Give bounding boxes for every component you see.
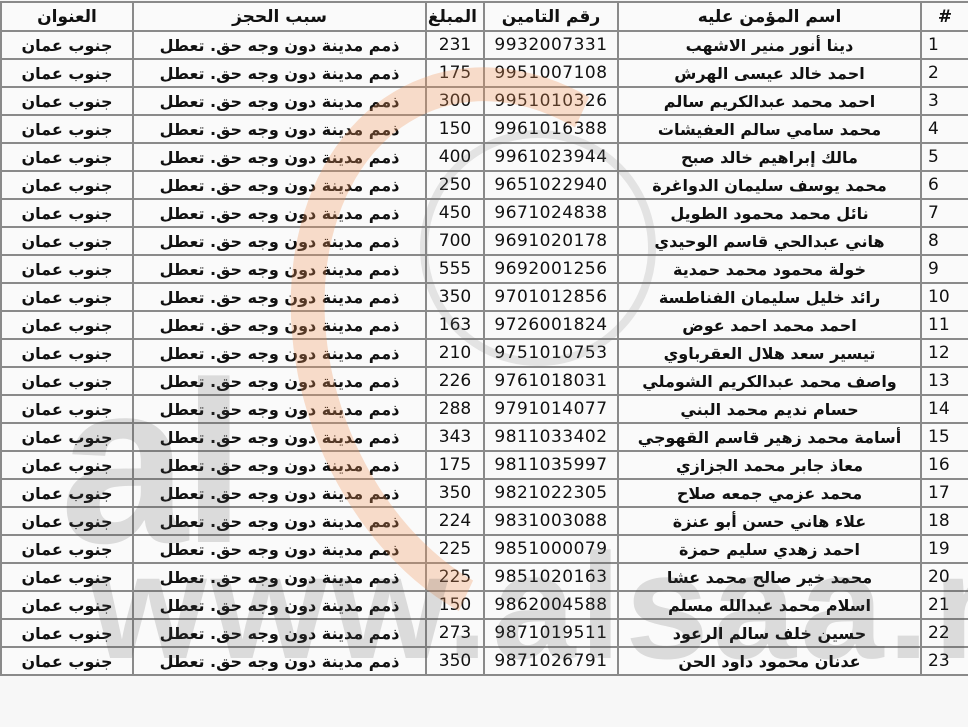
table-row: جنوب عمانذمم مدينة دون وجه حق. تعطل70096…	[1, 227, 968, 255]
table-row: جنوب عمانذمم مدينة دون وجه حق. تعطل15098…	[1, 591, 968, 619]
cell-insured-name: محمد يوسف سليمان الدواغرة	[618, 171, 921, 199]
cell-index: 7	[921, 199, 968, 227]
cell-insured-name: حسين خلف سالم الرعود	[618, 619, 921, 647]
table-row: جنوب عمانذمم مدينة دون وجه حق. تعطل34398…	[1, 423, 968, 451]
cell-reason: ذمم مدينة دون وجه حق. تعطل	[133, 227, 426, 255]
cell-index: 13	[921, 367, 968, 395]
cell-address: جنوب عمان	[1, 367, 133, 395]
cell-insurance-number: 9651022940	[484, 171, 618, 199]
table-row: جنوب عمانذمم مدينة دون وجه حق. تعطل27398…	[1, 619, 968, 647]
cell-amount: 163	[426, 311, 484, 339]
table-row: جنوب عمانذمم مدينة دون وجه حق. تعطل55596…	[1, 255, 968, 283]
cell-insured-name: تيسير سعد هلال العقرباوي	[618, 339, 921, 367]
cell-insured-name: دينا أنور منير الاشهب	[618, 31, 921, 59]
cell-insured-name: احمد خالد عيسى الهرش	[618, 59, 921, 87]
cell-address: جنوب عمان	[1, 395, 133, 423]
cell-amount: 700	[426, 227, 484, 255]
table-row: جنوب عمانذمم مدينة دون وجه حق. تعطل35098…	[1, 479, 968, 507]
cell-insured-name: حسام نديم محمد البني	[618, 395, 921, 423]
cell-insured-name: احمد محمد عبدالكريم سالم	[618, 87, 921, 115]
cell-index: 3	[921, 87, 968, 115]
header-row: العنوان سبب الحجز المبلغ رقم التامين اسم…	[1, 2, 968, 31]
cell-reason: ذمم مدينة دون وجه حق. تعطل	[133, 115, 426, 143]
cell-insurance-number: 9951010326	[484, 87, 618, 115]
cell-insured-name: نائل محمد محمود الطويل	[618, 199, 921, 227]
header-address: العنوان	[1, 2, 133, 31]
table-row: جنوب عمانذمم مدينة دون وجه حق. تعطل22598…	[1, 535, 968, 563]
cell-reason: ذمم مدينة دون وجه حق. تعطل	[133, 31, 426, 59]
table-row: جنوب عمانذمم مدينة دون وجه حق. تعطل40099…	[1, 143, 968, 171]
cell-index: 5	[921, 143, 968, 171]
cell-address: جنوب عمان	[1, 115, 133, 143]
cell-amount: 225	[426, 563, 484, 591]
cell-reason: ذمم مدينة دون وجه حق. تعطل	[133, 143, 426, 171]
cell-insured-name: محمد خير صالح محمد عشا	[618, 563, 921, 591]
header-insured-name: اسم المؤمن عليه	[618, 2, 921, 31]
cell-insurance-number: 9751010753	[484, 339, 618, 367]
cell-address: جنوب عمان	[1, 227, 133, 255]
cell-index: 19	[921, 535, 968, 563]
cell-amount: 231	[426, 31, 484, 59]
cell-amount: 450	[426, 199, 484, 227]
cell-reason: ذمم مدينة دون وجه حق. تعطل	[133, 199, 426, 227]
cell-insurance-number: 9862004588	[484, 591, 618, 619]
cell-amount: 250	[426, 171, 484, 199]
cell-amount: 555	[426, 255, 484, 283]
cell-insurance-number: 9692001256	[484, 255, 618, 283]
cell-insured-name: معاذ جابر محمد الجزازي	[618, 451, 921, 479]
cell-reason: ذمم مدينة دون وجه حق. تعطل	[133, 451, 426, 479]
cell-insured-name: هاني عبدالحي قاسم الوحيدي	[618, 227, 921, 255]
cell-reason: ذمم مدينة دون وجه حق. تعطل	[133, 59, 426, 87]
cell-reason: ذمم مدينة دون وجه حق. تعطل	[133, 619, 426, 647]
cell-index: 6	[921, 171, 968, 199]
cell-insured-name: علاء هاني حسن أبو عنزة	[618, 507, 921, 535]
table-row: جنوب عمانذمم مدينة دون وجه حق. تعطل25096…	[1, 171, 968, 199]
cell-insurance-number: 9932007331	[484, 31, 618, 59]
cell-reason: ذمم مدينة دون وجه حق. تعطل	[133, 507, 426, 535]
cell-amount: 350	[426, 647, 484, 675]
table-row: جنوب عمانذمم مدينة دون وجه حق. تعطل35098…	[1, 647, 968, 675]
cell-reason: ذمم مدينة دون وجه حق. تعطل	[133, 283, 426, 311]
cell-insured-name: احمد محمد احمد عوض	[618, 311, 921, 339]
cell-insurance-number: 9811033402	[484, 423, 618, 451]
cell-address: جنوب عمان	[1, 255, 133, 283]
cell-insurance-number: 9871019511	[484, 619, 618, 647]
table-row: جنوب عمانذمم مدينة دون وجه حق. تعطل16397…	[1, 311, 968, 339]
cell-insurance-number: 9691020178	[484, 227, 618, 255]
cell-address: جنوب عمان	[1, 31, 133, 59]
cell-reason: ذمم مدينة دون وجه حق. تعطل	[133, 591, 426, 619]
cell-address: جنوب عمان	[1, 451, 133, 479]
cell-amount: 175	[426, 451, 484, 479]
cell-address: جنوب عمان	[1, 87, 133, 115]
document-sheet: العنوان سبب الحجز المبلغ رقم التامين اسم…	[0, 0, 968, 727]
cell-address: جنوب عمان	[1, 423, 133, 451]
cell-index: 10	[921, 283, 968, 311]
cell-address: جنوب عمان	[1, 591, 133, 619]
cell-index: 22	[921, 619, 968, 647]
cell-address: جنوب عمان	[1, 619, 133, 647]
cell-insured-name: عدنان محمود داود الحن	[618, 647, 921, 675]
cell-amount: 273	[426, 619, 484, 647]
cell-amount: 150	[426, 115, 484, 143]
cell-insurance-number: 9791014077	[484, 395, 618, 423]
cell-amount: 350	[426, 283, 484, 311]
table-row: جنوب عمانذمم مدينة دون وجه حق. تعطل30099…	[1, 87, 968, 115]
cell-address: جنوب عمان	[1, 171, 133, 199]
cell-address: جنوب عمان	[1, 283, 133, 311]
cell-reason: ذمم مدينة دون وجه حق. تعطل	[133, 171, 426, 199]
table-row: جنوب عمانذمم مدينة دون وجه حق. تعطل45096…	[1, 199, 968, 227]
cell-insured-name: احمد زهدي سليم حمزة	[618, 535, 921, 563]
table-row: جنوب عمانذمم مدينة دون وجه حق. تعطل22697…	[1, 367, 968, 395]
cell-insurance-number: 9951007108	[484, 59, 618, 87]
cell-index: 15	[921, 423, 968, 451]
cell-index: 23	[921, 647, 968, 675]
cell-insurance-number: 9851000079	[484, 535, 618, 563]
cell-address: جنوب عمان	[1, 59, 133, 87]
cell-amount: 300	[426, 87, 484, 115]
cell-insurance-number: 9671024838	[484, 199, 618, 227]
table-body: جنوب عمانذمم مدينة دون وجه حق. تعطل23199…	[1, 31, 968, 675]
cell-index: 9	[921, 255, 968, 283]
cell-insurance-number: 9726001824	[484, 311, 618, 339]
header-reason: سبب الحجز	[133, 2, 426, 31]
cell-amount: 288	[426, 395, 484, 423]
cell-insurance-number: 9821022305	[484, 479, 618, 507]
cell-insurance-number: 9831003088	[484, 507, 618, 535]
cell-insured-name: خولة محمود محمد حمدية	[618, 255, 921, 283]
cell-index: 14	[921, 395, 968, 423]
cell-reason: ذمم مدينة دون وجه حق. تعطل	[133, 535, 426, 563]
cell-insurance-number: 9961016388	[484, 115, 618, 143]
cell-address: جنوب عمان	[1, 563, 133, 591]
table-row: جنوب عمانذمم مدينة دون وجه حق. تعطل22498…	[1, 507, 968, 535]
cell-insurance-number: 9851020163	[484, 563, 618, 591]
cell-index: 4	[921, 115, 968, 143]
seizure-list-table: العنوان سبب الحجز المبلغ رقم التامين اسم…	[0, 1, 968, 676]
cell-index: 17	[921, 479, 968, 507]
cell-insurance-number: 9961023944	[484, 143, 618, 171]
header-amount: المبلغ	[426, 2, 484, 31]
table-row: جنوب عمانذمم مدينة دون وجه حق. تعطل23199…	[1, 31, 968, 59]
cell-index: 16	[921, 451, 968, 479]
cell-amount: 224	[426, 507, 484, 535]
cell-amount: 210	[426, 339, 484, 367]
table-row: جنوب عمانذمم مدينة دون وجه حق. تعطل15099…	[1, 115, 968, 143]
cell-reason: ذمم مدينة دون وجه حق. تعطل	[133, 311, 426, 339]
cell-address: جنوب عمان	[1, 647, 133, 675]
cell-insured-name: مالك إبراهيم خالد صبح	[618, 143, 921, 171]
cell-insured-name: محمد سامي سالم العفيشات	[618, 115, 921, 143]
cell-index: 20	[921, 563, 968, 591]
cell-reason: ذمم مدينة دون وجه حق. تعطل	[133, 647, 426, 675]
cell-address: جنوب عمان	[1, 479, 133, 507]
cell-reason: ذمم مدينة دون وجه حق. تعطل	[133, 367, 426, 395]
cell-address: جنوب عمان	[1, 311, 133, 339]
cell-reason: ذمم مدينة دون وجه حق. تعطل	[133, 255, 426, 283]
cell-reason: ذمم مدينة دون وجه حق. تعطل	[133, 563, 426, 591]
cell-reason: ذمم مدينة دون وجه حق. تعطل	[133, 339, 426, 367]
cell-index: 11	[921, 311, 968, 339]
cell-amount: 175	[426, 59, 484, 87]
cell-reason: ذمم مدينة دون وجه حق. تعطل	[133, 479, 426, 507]
cell-amount: 400	[426, 143, 484, 171]
cell-amount: 343	[426, 423, 484, 451]
cell-reason: ذمم مدينة دون وجه حق. تعطل	[133, 395, 426, 423]
cell-amount: 150	[426, 591, 484, 619]
table-row: جنوب عمانذمم مدينة دون وجه حق. تعطل17598…	[1, 451, 968, 479]
cell-insured-name: اسلام محمد عبدالله مسلم	[618, 591, 921, 619]
cell-insured-name: محمد عزمي جمعه صلاح	[618, 479, 921, 507]
cell-insurance-number: 9811035997	[484, 451, 618, 479]
table-row: جنوب عمانذمم مدينة دون وجه حق. تعطل35097…	[1, 283, 968, 311]
cell-index: 18	[921, 507, 968, 535]
cell-index: 1	[921, 31, 968, 59]
header-index: #	[921, 2, 968, 31]
table-row: جنوب عمانذمم مدينة دون وجه حق. تعطل17599…	[1, 59, 968, 87]
cell-insured-name: واصف محمد عبدالكريم الشوملي	[618, 367, 921, 395]
table-row: جنوب عمانذمم مدينة دون وجه حق. تعطل28897…	[1, 395, 968, 423]
cell-address: جنوب عمان	[1, 199, 133, 227]
cell-reason: ذمم مدينة دون وجه حق. تعطل	[133, 423, 426, 451]
cell-index: 8	[921, 227, 968, 255]
cell-insurance-number: 9701012856	[484, 283, 618, 311]
cell-insurance-number: 9871026791	[484, 647, 618, 675]
cell-reason: ذمم مدينة دون وجه حق. تعطل	[133, 87, 426, 115]
cell-amount: 226	[426, 367, 484, 395]
cell-insured-name: رائد خليل سليمان الفناطسة	[618, 283, 921, 311]
cell-index: 21	[921, 591, 968, 619]
cell-insurance-number: 9761018031	[484, 367, 618, 395]
cell-index: 2	[921, 59, 968, 87]
cell-insured-name: أسامة محمد زهير قاسم القهوجي	[618, 423, 921, 451]
cell-address: جنوب عمان	[1, 339, 133, 367]
cell-address: جنوب عمان	[1, 143, 133, 171]
cell-amount: 350	[426, 479, 484, 507]
cell-address: جنوب عمان	[1, 507, 133, 535]
table-row: جنوب عمانذمم مدينة دون وجه حق. تعطل21097…	[1, 339, 968, 367]
cell-index: 12	[921, 339, 968, 367]
table-row: جنوب عمانذمم مدينة دون وجه حق. تعطل22598…	[1, 563, 968, 591]
header-insurance-number: رقم التامين	[484, 2, 618, 31]
cell-address: جنوب عمان	[1, 535, 133, 563]
cell-amount: 225	[426, 535, 484, 563]
